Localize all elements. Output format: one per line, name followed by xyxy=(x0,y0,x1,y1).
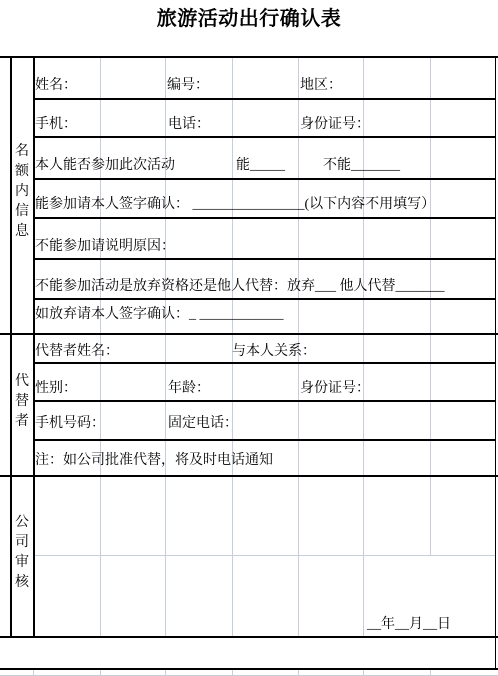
row-sign-confirm[interactable]: 能参加请本人签字确认： ________________(以下内容不用填写） xyxy=(34,178,495,217)
name-label: 姓名： xyxy=(35,78,77,93)
row-identity[interactable]: 姓名： 编号： 地区： xyxy=(34,57,495,98)
phone-label: 电话： xyxy=(168,117,210,132)
row-giveup-or-substitute[interactable]: 不能参加活动是放弃资格还是他人代替：放弃___ 他人代替_______ xyxy=(34,258,495,298)
gridline xyxy=(232,669,233,676)
empty-row[interactable] xyxy=(0,637,498,668)
gridline xyxy=(165,669,166,676)
table-border xyxy=(0,668,498,670)
gridline xyxy=(33,669,34,676)
reason-label: 不能参加请说明原因： xyxy=(35,239,175,254)
gridline xyxy=(430,669,431,676)
review-area[interactable]: __年__月__日 xyxy=(34,476,495,636)
substitute-section-label: 代 替 者 xyxy=(10,372,34,432)
number-label: 编号： xyxy=(167,78,209,93)
substitute-mobile-label: 手机号码： xyxy=(35,416,105,431)
gridline xyxy=(298,669,299,676)
relation-label: 与本人关系： xyxy=(232,344,316,359)
row-reason[interactable]: 不能参加请说明原因： xyxy=(34,217,495,258)
substitute-name-label: 代替者姓名： xyxy=(35,344,119,359)
quota-section-label: 名 额 内 信 息 xyxy=(10,142,34,242)
gender-label: 性别： xyxy=(35,381,77,396)
gridline xyxy=(363,669,364,676)
giveup-sign-label: 如放弃请本人签字确认：_ ____________ xyxy=(35,307,284,322)
sign-confirm-label: 能参加请本人签字确认： ________________(以下内容不用填写） xyxy=(35,197,435,212)
row-attend-question[interactable]: 本人能否参加此次活动 能_____ 不能_______ xyxy=(34,136,495,178)
attend-question-label: 本人能否参加此次活动 xyxy=(35,158,175,173)
id-number-label: 身份证号： xyxy=(300,117,370,132)
attend-can-blank: 能_____ xyxy=(236,158,285,173)
region-label: 地区： xyxy=(300,78,342,93)
substitute-id-number-label: 身份证号： xyxy=(300,381,370,396)
attend-cannot-blank: 不能_______ xyxy=(323,158,400,173)
substitute-note-label: 注：如公司批准代替，将及时电话通知 xyxy=(35,453,273,468)
row-contact[interactable]: 手机： 电话： 身份证号： xyxy=(34,98,495,136)
substitute-landline-label: 固定电话： xyxy=(168,416,238,431)
row-substitute-note[interactable]: 注：如公司批准代替，将及时电话通知 xyxy=(34,439,495,475)
row-substitute-phone[interactable]: 手机号码： 固定电话： xyxy=(34,400,495,439)
confirmation-form-page: 旅游活动出行确认表 名 额 内 信 息 代 替 者 公 司 审 核 姓名： 编号… xyxy=(0,0,498,676)
row-giveup-sign[interactable]: 如放弃请本人签字确认：_ ____________ xyxy=(34,298,495,333)
mobile-label: 手机： xyxy=(35,117,77,132)
review-section-label: 公 司 审 核 xyxy=(10,513,34,593)
row-substitute-info[interactable]: 性别： 年龄： 身份证号： xyxy=(34,363,495,400)
giveup-or-substitute-label: 不能参加活动是放弃资格还是他人代替：放弃___ 他人代替_______ xyxy=(35,279,445,294)
form-title: 旅游活动出行确认表 xyxy=(0,2,498,31)
age-label: 年龄： xyxy=(168,381,210,396)
review-date-blank: __年__月__日 xyxy=(367,617,451,632)
gridline xyxy=(100,669,101,676)
row-substitute-name[interactable]: 代替者姓名： 与本人关系： xyxy=(34,333,495,363)
